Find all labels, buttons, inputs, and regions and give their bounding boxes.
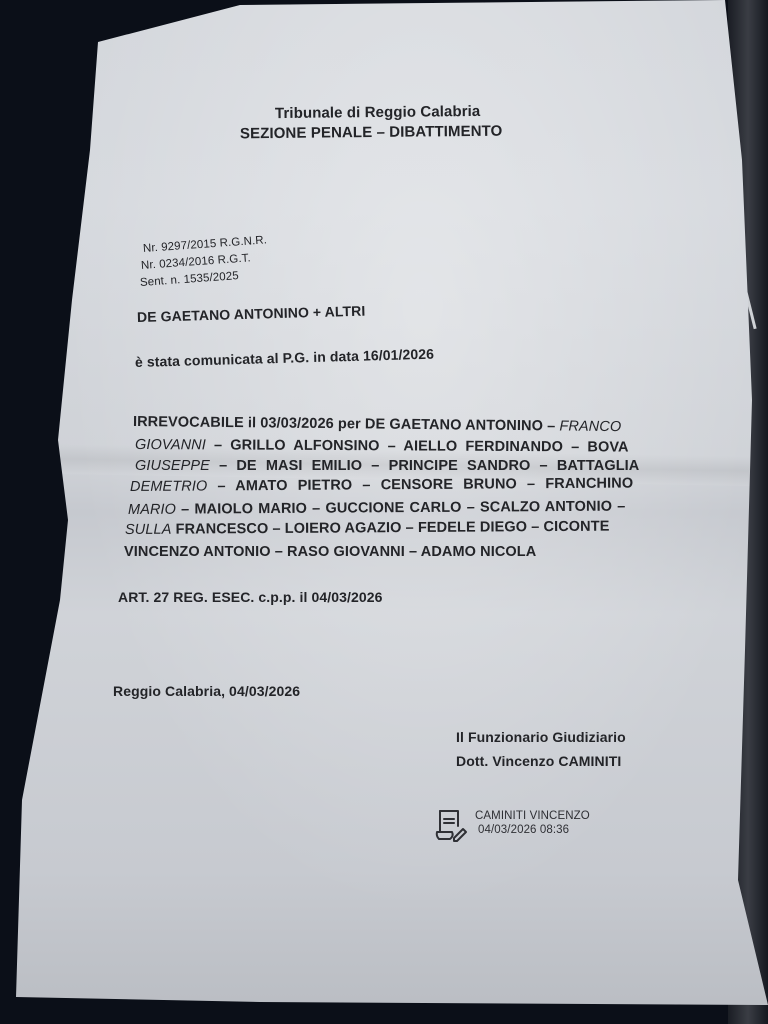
- article-reference: ART. 27 REG. ESEC. c.p.p. il 04/03/2026: [118, 589, 383, 605]
- irrevocability-line: DEMETRIO – AMATO PIETRO – CENSORE BRUNO …: [130, 475, 633, 495]
- court-section: SEZIONE PENALE – DIBATTIMENTO: [240, 123, 503, 143]
- irrevocability-line: GIUSEPPE – DE MASI EMILIO – PRINCIPE SAN…: [135, 458, 639, 474]
- stamp-timestamp: 04/03/2026 08:36: [478, 824, 569, 836]
- name-segment: – GRILLO ALFONSINO – AIELLO FERDINANDO –…: [206, 437, 629, 455]
- digital-signature-icon: [434, 808, 468, 842]
- name-segment: MARIO: [128, 502, 176, 518]
- case-title: DE GAETANO ANTONINO + ALTRI: [137, 303, 366, 325]
- name-segment: VINCENZO ANTONIO – RASO GIOVANNI – ADAMO…: [124, 544, 536, 560]
- name-segment: FRANCESCO – LOIERO AGAZIO – FEDELE DIEGO…: [171, 519, 609, 538]
- signatory-name: Dott. Vincenzo CAMINITI: [456, 753, 621, 769]
- communication-note: è stata comunicata al P.G. in data 16/01…: [135, 346, 435, 370]
- reference-sentence: Sent. n. 1535/2025: [140, 270, 240, 289]
- name-segment: – AMATO PIETRO – CENSORE BRUNO – FRANCHI…: [207, 475, 633, 494]
- name-segment: IRREVOCABILE il 03/03/2026 per DE GAETAN…: [133, 414, 560, 434]
- signatory-role: Il Funzionario Giudiziario: [456, 729, 626, 745]
- irrevocability-line: GIOVANNI – GRILLO ALFONSINO – AIELLO FER…: [135, 437, 629, 456]
- irrevocability-line: SULLA FRANCESCO – LOIERO AGAZIO – FEDELE…: [125, 519, 610, 538]
- irrevocability-line: IRREVOCABILE il 03/03/2026 per DE GAETAN…: [133, 414, 621, 435]
- name-segment: – DE MASI EMILIO – PRINCIPE SANDRO – BAT…: [210, 458, 639, 474]
- name-segment: GIUSEPPE: [135, 458, 210, 474]
- document: Tribunale di Reggio Calabria SEZIONE PEN…: [0, 0, 768, 1024]
- name-segment: SULLA: [125, 522, 172, 538]
- irrevocability-line: MARIO – MAIOLO MARIO – GUCCIONE CARLO – …: [128, 499, 625, 518]
- name-segment: FRANCO: [559, 418, 621, 435]
- court-name: Tribunale di Reggio Calabria: [275, 103, 481, 122]
- stamp-signer: CAMINITI VINCENZO: [475, 810, 590, 822]
- name-segment: GIOVANNI: [135, 437, 206, 453]
- name-segment: DEMETRIO: [130, 478, 207, 495]
- irrevocability-line: VINCENZO ANTONIO – RASO GIOVANNI – ADAMO…: [124, 544, 536, 560]
- reference-rgt: Nr. 0234/2016 R.G.T.: [141, 252, 252, 272]
- place-date: Reggio Calabria, 04/03/2026: [113, 683, 300, 699]
- name-segment: – MAIOLO MARIO – GUCCIONE CARLO – SCALZO…: [176, 499, 625, 518]
